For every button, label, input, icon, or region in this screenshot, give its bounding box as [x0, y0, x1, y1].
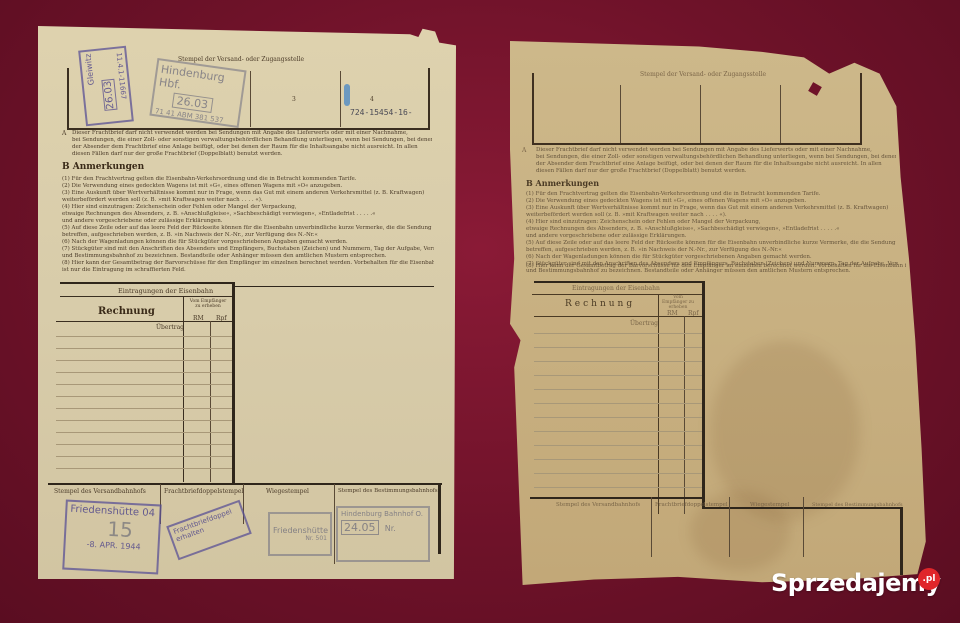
stamp-friedenshuette: Friedenshütte 04 15 -8. APR. 1944	[62, 500, 162, 575]
rechnung-title: Rechnung	[565, 299, 635, 309]
column-bestimmungsbahnhof: Stempel des Bestimmungsbahnhofs	[812, 502, 903, 508]
stamp-gleiwitz: Gleiwitz 26.03 11.4.1-11667	[78, 46, 134, 127]
uebertrag-label: Übertrag	[630, 320, 658, 327]
column-wiegestempel: Wiegestempel	[266, 488, 309, 495]
stamp-number: 724-15454-16-	[350, 108, 413, 117]
section-b-heading: B Anmerkungen	[62, 162, 144, 172]
amount-header: Vom Empfänger zu erheben	[660, 295, 696, 310]
divider	[250, 71, 251, 127]
left-consignment-note: Stempel der Versand- oder Zugangsstelle …	[38, 26, 456, 579]
column-versandbahnhof: Stempel des Versandbahnhofs	[556, 502, 640, 508]
stamp-wiege: Friedenshütte Nr. 501	[268, 512, 332, 556]
column-doppelstempel: Frachtbriefdoppelstempel	[655, 502, 728, 508]
stamp-frachtbriefdoppel: Frachtbriefdoppel erhalten	[166, 500, 252, 561]
column-wiegestempel: Wiegestempel	[750, 502, 789, 508]
railway-entries-header: Eintragungen der Eisenbahn	[118, 287, 213, 295]
section-number-3: 3	[292, 96, 296, 103]
section-a-text: Dieser Frachtbrief darf nicht verwendet …	[72, 130, 432, 158]
uebertrag-label: Übertrag	[156, 324, 184, 331]
section-b-heading: B Anmerkungen	[526, 178, 599, 188]
stamp-bestimmung: Hindenburg Bahnhof O. 24.05 Nr.	[336, 506, 430, 562]
watermark-pl-badge: .pl	[918, 568, 940, 590]
top-caption: Stempel der Versand- oder Zugangsstelle	[178, 56, 304, 63]
notes-list: (1) Für den Frachtvertrag gelten die Eis…	[62, 176, 434, 274]
sprzedajemy-watermark: Sprzedajemy	[771, 569, 941, 597]
stamp-hindenburg: Hindenburg Hbf. 26.03 71 41 ABM 381 537	[149, 58, 246, 128]
column-versandbahnhof: Stempel des Versandbahnhofs	[54, 488, 146, 495]
blue-ink-mark	[344, 84, 350, 106]
column-doppelstempel: Frachtbriefdoppelstempel	[164, 488, 243, 495]
section-a-label: A	[62, 130, 66, 137]
section-a-text: Dieser Frachtbrief darf nicht verwendet …	[536, 147, 896, 175]
divider	[340, 71, 341, 127]
amount-header: Vom Empfänger zu erheben	[188, 299, 228, 309]
rechnung-title: Rechnung	[98, 306, 155, 317]
section-number-4: 4	[370, 96, 374, 103]
note-8: (8) Hier kann der Gesamtbetrag der Barvo…	[526, 263, 906, 270]
right-consignment-note: Stempel der Versand- oder Zugangsstelle …	[510, 41, 930, 585]
column-bestimmungsbahnhof: Stempel des Bestimmungsbahnhofs	[338, 488, 438, 494]
section-a-label: A	[522, 147, 526, 154]
railway-entries-header: Eintragungen der Eisenbahn	[572, 285, 660, 292]
